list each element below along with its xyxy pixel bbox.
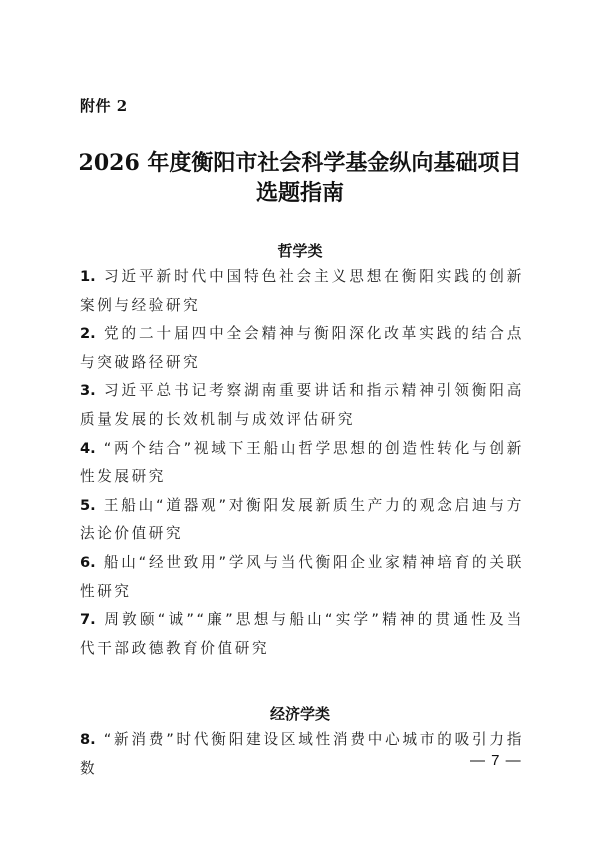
item-text: 王船山“道器观”对衡阳发展新质生产力的观念启迪与方法论价值研究 — [80, 497, 524, 543]
list-item: 7.周敦颐“诚”“廉”思想与船山“实学”精神的贯通性及当代干部政德教育价值研究 — [80, 606, 524, 663]
item-text: 党的二十届四中全会精神与衡阳深化改革实践的结合点与突破路径研究 — [80, 325, 524, 371]
philosophy-topic-list: 1.习近平新时代中国特色社会主义思想在衡阳实践的创新案例与经验研究 2.党的二十… — [80, 263, 524, 663]
list-item: 1.习近平新时代中国特色社会主义思想在衡阳实践的创新案例与经验研究 — [80, 263, 524, 320]
item-text: 周敦颐“诚”“廉”思想与船山“实学”精神的贯通性及当代干部政德教育价值研究 — [80, 611, 524, 657]
section-heading-philosophy: 哲学类 — [80, 240, 520, 261]
item-text: “新消费”时代衡阳建设区域性消费中心城市的吸引力指数 — [80, 731, 524, 777]
item-text: 习近平新时代中国特色社会主义思想在衡阳实践的创新案例与经验研究 — [80, 268, 524, 314]
list-item: 2.党的二十届四中全会精神与衡阳深化改革实践的结合点与突破路径研究 — [80, 320, 524, 377]
page-number: — 7 — — [470, 752, 522, 769]
item-number: 5. — [80, 497, 96, 514]
item-number: 2. — [80, 325, 96, 342]
attachment-label: 附件 2 — [80, 95, 128, 116]
economics-topic-list: 8.“新消费”时代衡阳建设区域性消费中心城市的吸引力指数 — [80, 726, 524, 783]
list-item: 6.船山“经世致用”学风与当代衡阳企业家精神培育的关联性研究 — [80, 549, 524, 606]
section-heading-economics: 经济学类 — [80, 703, 520, 724]
item-number: 8. — [80, 731, 96, 748]
item-number: 6. — [80, 554, 96, 571]
list-item: 3.习近平总书记考察湖南重要讲话和指示精神引领衡阳高质量发展的长效机制与成效评估… — [80, 377, 524, 434]
item-number: 7. — [80, 611, 96, 628]
list-item: 8.“新消费”时代衡阳建设区域性消费中心城市的吸引力指数 — [80, 726, 524, 783]
item-number: 4. — [80, 440, 96, 457]
document-page: 附件 2 2026 年度衡阳市社会科学基金纵向基础项目 选题指南 哲学类 1.习… — [0, 0, 600, 848]
title-line-1: 2026 年度衡阳市社会科学基金纵向基础项目 — [60, 148, 540, 178]
document-title: 2026 年度衡阳市社会科学基金纵向基础项目 选题指南 — [60, 148, 540, 208]
item-text: “两个结合”视域下王船山哲学思想的创造性转化与创新性发展研究 — [80, 440, 524, 486]
list-item: 4.“两个结合”视域下王船山哲学思想的创造性转化与创新性发展研究 — [80, 435, 524, 492]
item-number: 1. — [80, 268, 96, 285]
list-item: 5.王船山“道器观”对衡阳发展新质生产力的观念启迪与方法论价值研究 — [80, 492, 524, 549]
item-text: 船山“经世致用”学风与当代衡阳企业家精神培育的关联性研究 — [80, 554, 524, 600]
item-text: 习近平总书记考察湖南重要讲话和指示精神引领衡阳高质量发展的长效机制与成效评估研究 — [80, 382, 524, 428]
title-line-2: 选题指南 — [60, 178, 540, 208]
item-number: 3. — [80, 382, 96, 399]
